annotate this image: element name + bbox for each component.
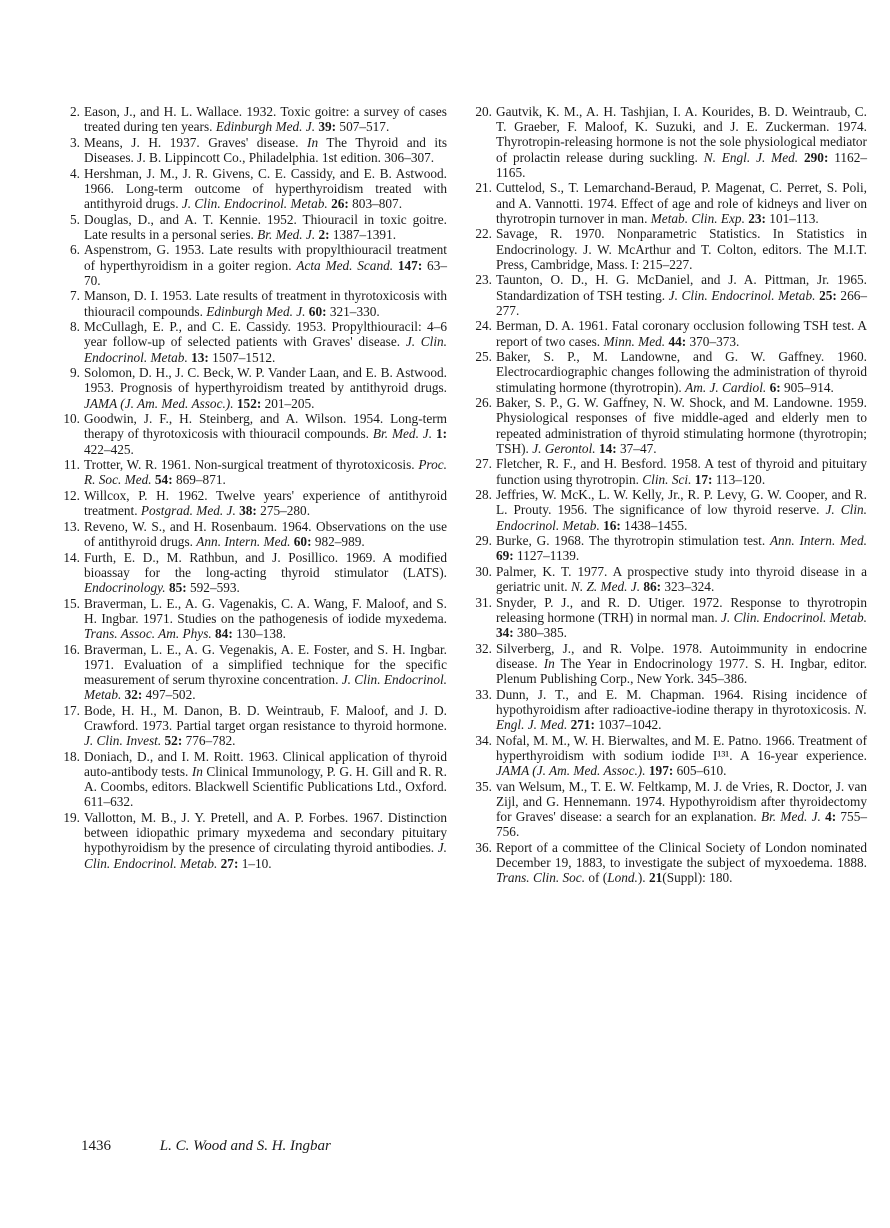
journal-title: Ann. Intern. Med.	[770, 533, 867, 548]
reference-text: 776–782.	[182, 733, 235, 748]
reference-text: Means, J. H. 1937. Graves' disease.	[84, 135, 307, 150]
reference-number: 35.	[474, 779, 492, 794]
reference-item: 36.Report of a committee of the Clinical…	[474, 840, 867, 886]
running-footer-authors: L. C. Wood and S. H. Ingbar	[160, 1138, 331, 1154]
reference-text: 1127–1139.	[514, 548, 580, 563]
journal-title: Br. Med. J.	[373, 426, 432, 441]
journal-title: In	[544, 656, 555, 671]
reference-number: 2.	[60, 104, 80, 119]
reference-text: 1507–1512.	[209, 350, 275, 365]
reference-text: Burke, G. 1968. The thyrotropin stimulat…	[496, 533, 770, 548]
reference-item: 21.Cuttelod, S., T. Lemarchand-Beraud, P…	[474, 180, 867, 226]
journal-title: Edinburgh Med. J.	[206, 304, 305, 319]
volume-number: 54:	[155, 472, 173, 487]
volume-number: 27:	[221, 856, 239, 871]
reference-number: 34.	[474, 733, 492, 748]
reference-number: 24.	[474, 318, 492, 333]
reference-number: 27.	[474, 456, 492, 471]
reference-text: Vallotton, M. B., J. Y. Pretell, and A. …	[84, 810, 447, 855]
reference-item: 28.Jeffries, W. McK., L. W. Kelly, Jr., …	[474, 487, 867, 533]
journal-title: In	[192, 764, 203, 779]
reference-item: 24.Berman, D. A. 1961. Fatal coronary oc…	[474, 318, 867, 348]
reference-text: Furth, E. D., M. Rathbun, and J. Posilli…	[84, 550, 447, 580]
volume-number: 6:	[770, 380, 781, 395]
journal-title: N. Z. Med. J.	[571, 579, 640, 594]
journal-title: J. Clin. Endocrinol. Metab.	[721, 610, 867, 625]
volume-number: 2:	[318, 227, 329, 242]
references-column-right: 20.Gautvik, K. M., A. H. Tashjian, I. A.…	[474, 104, 867, 886]
reference-text: 275–280.	[257, 503, 310, 518]
reference-item: 30.Palmer, K. T. 1977. A prospective stu…	[474, 564, 867, 594]
volume-number: 21	[649, 870, 662, 885]
reference-number: 13.	[60, 519, 80, 534]
journal-title: Trans. Assoc. Am. Phys.	[84, 626, 212, 641]
volume-number: 152:	[237, 396, 261, 411]
reference-number: 20.	[474, 104, 492, 119]
volume-number: 16:	[603, 518, 621, 533]
reference-text: 592–593.	[187, 580, 240, 595]
reference-number: 8.	[60, 319, 80, 334]
volume-number: 197:	[649, 763, 673, 778]
reference-number: 12.	[60, 488, 80, 503]
reference-number: 6.	[60, 242, 80, 257]
reference-item: 13.Reveno, W. S., and H. Rosenbaum. 1964…	[60, 519, 447, 549]
reference-item: 9.Solomon, D. H., J. C. Beck, W. P. Vand…	[60, 365, 447, 411]
journal-title: Minn. Med.	[603, 334, 665, 349]
volume-number: 17:	[695, 472, 713, 487]
journal-title: J. Clin. Invest.	[84, 733, 161, 748]
reference-number: 7.	[60, 288, 80, 303]
reference-number: 26.	[474, 395, 492, 410]
reference-number: 16.	[60, 642, 80, 657]
reference-number: 33.	[474, 687, 492, 702]
reference-item: 4.Hershman, J. M., J. R. Givens, C. E. C…	[60, 166, 447, 212]
reference-text: 101–113.	[766, 211, 819, 226]
reference-number: 30.	[474, 564, 492, 579]
volume-number: 14:	[599, 441, 617, 456]
reference-text: 1–10.	[238, 856, 271, 871]
journal-title: Postgrad. Med. J.	[141, 503, 236, 518]
reference-number: 4.	[60, 166, 80, 181]
reference-number: 19.	[60, 810, 80, 825]
reference-text: 605–610.	[673, 763, 726, 778]
reference-item: 32.Silverberg, J., and R. Volpe. 1978. A…	[474, 641, 867, 687]
reference-text: Dunn, J. T., and E. M. Chapman. 1964. Ri…	[496, 687, 867, 717]
reference-item: 25.Baker, S. P., M. Landowne, and G. W. …	[474, 349, 867, 395]
reference-text: ).	[638, 870, 646, 885]
volume-number: 69:	[496, 548, 514, 563]
reference-text: of (	[585, 870, 607, 885]
reference-number: 23.	[474, 272, 492, 287]
reference-number: 9.	[60, 365, 80, 380]
journal-title: Endocrinology.	[84, 580, 166, 595]
reference-item: 16.Braverman, L. E., A. G. Vegenakis, A.…	[60, 642, 447, 703]
reference-item: 14.Furth, E. D., M. Rathbun, and J. Posi…	[60, 550, 447, 596]
reference-number: 21.	[474, 180, 492, 195]
volume-number: 32:	[125, 687, 143, 702]
reference-item: 8.McCullagh, E. P., and C. E. Cassidy. 1…	[60, 319, 447, 365]
volume-number: 4:	[825, 809, 836, 824]
reference-item: 18.Doniach, D., and I. M. Roitt. 1963. C…	[60, 749, 447, 810]
volume-number: 85:	[169, 580, 187, 595]
volume-number: 290:	[804, 150, 828, 165]
reference-item: 22.Savage, R. 1970. Nonparametric Statis…	[474, 226, 867, 272]
reference-item: 20.Gautvik, K. M., A. H. Tashjian, I. A.…	[474, 104, 867, 180]
volume-number: 60:	[294, 534, 312, 549]
volume-number: 13:	[191, 350, 209, 365]
reference-text: Jeffries, W. McK., L. W. Kelly, Jr., R. …	[496, 487, 867, 517]
journal-title: Br. Med. J.	[761, 809, 821, 824]
page-footer: 1436 L. C. Wood and S. H. Ingbar	[81, 1138, 331, 1155]
reference-item: 27.Fletcher, R. F., and H. Besford. 1958…	[474, 456, 867, 486]
reference-text: 803–807.	[349, 196, 402, 211]
reference-text: Solomon, D. H., J. C. Beck, W. P. Vander…	[84, 365, 447, 395]
reference-text: Braverman, L. E., A. G. Vagenakis, C. A.…	[84, 596, 447, 626]
volume-number: 52:	[165, 733, 183, 748]
reference-text: 380–385.	[514, 625, 567, 640]
journal-title: J. Gerontol.	[532, 441, 595, 456]
reference-number: 3.	[60, 135, 80, 150]
volume-number: 1:	[436, 426, 447, 441]
reference-item: 5.Douglas, D., and A. T. Kennie. 1952. T…	[60, 212, 447, 242]
reference-item: 29.Burke, G. 1968. The thyrotropin stimu…	[474, 533, 867, 563]
journal-title: Am. J. Cardiol.	[685, 380, 766, 395]
journal-title: JAMA (J. Am. Med. Assoc.).	[496, 763, 646, 778]
reference-list-left: 2.Eason, J., and H. L. Wallace. 1932. To…	[60, 104, 447, 871]
reference-number: 17.	[60, 703, 80, 718]
reference-text: 113–120.	[712, 472, 765, 487]
volume-number: 147:	[398, 258, 422, 273]
reference-item: 10.Goodwin, J. F., H. Steinberg, and A. …	[60, 411, 447, 457]
reference-text: 1037–1042.	[595, 717, 661, 732]
reference-item: 15.Braverman, L. E., A. G. Vagenakis, C.…	[60, 596, 447, 642]
reference-text: 905–914.	[781, 380, 834, 395]
reference-text: McCullagh, E. P., and C. E. Cassidy. 195…	[84, 319, 447, 349]
journal-title: Trans. Clin. Soc.	[496, 870, 585, 885]
volume-number: 44:	[668, 334, 686, 349]
journal-title: In	[307, 135, 318, 150]
reference-item: 23.Taunton, O. D., H. G. McDaniel, and J…	[474, 272, 867, 318]
reference-number: 5.	[60, 212, 80, 227]
journal-title: Ann. Intern. Med.	[196, 534, 290, 549]
journal-title: J. Clin. Endocrinol. Metab.	[669, 288, 816, 303]
reference-text: Trotter, W. R. 1961. Non-surgical treatm…	[84, 457, 418, 472]
reference-item: 2.Eason, J., and H. L. Wallace. 1932. To…	[60, 104, 447, 134]
volume-number: 25:	[819, 288, 837, 303]
journal-title: N. Engl. J. Med.	[704, 150, 798, 165]
reference-text: (Suppl): 180.	[662, 870, 732, 885]
reference-text: 1438–1455.	[621, 518, 687, 533]
reference-number: 14.	[60, 550, 80, 565]
reference-item: 6.Aspenstrom, G. 1953. Late results with…	[60, 242, 447, 288]
reference-text: 37–47.	[617, 441, 657, 456]
volume-number: 86:	[643, 579, 661, 594]
reference-number: 15.	[60, 596, 80, 611]
reference-text: 1387–1391.	[330, 227, 396, 242]
journal-title: Br. Med. J.	[257, 227, 315, 242]
reference-text: 507–517.	[336, 119, 389, 134]
volume-number: 38:	[239, 503, 257, 518]
volume-number: 39:	[318, 119, 336, 134]
reference-text: Savage, R. 1970. Nonparametric Statistic…	[496, 226, 867, 271]
page-number: 1436	[81, 1138, 156, 1155]
references-column-left: 2.Eason, J., and H. L. Wallace. 1932. To…	[60, 104, 447, 871]
reference-text: Bode, H. H., M. Danon, B. D. Weintraub, …	[84, 703, 447, 733]
reference-text: 982–989.	[312, 534, 365, 549]
volume-number: 23:	[748, 211, 766, 226]
journal-title: J. Clin. Endocrinol. Metab.	[182, 196, 328, 211]
reference-number: 31.	[474, 595, 492, 610]
reference-number: 29.	[474, 533, 492, 548]
reference-text: 497–502.	[142, 687, 195, 702]
reference-number: 25.	[474, 349, 492, 364]
journal-title: Acta Med. Scand.	[296, 258, 393, 273]
volume-number: 34:	[496, 625, 514, 640]
reference-item: 11.Trotter, W. R. 1961. Non-surgical tre…	[60, 457, 447, 487]
reference-text: Nofal, M. M., W. H. Bierwaltes, and M. E…	[496, 733, 867, 763]
volume-number: 26:	[331, 196, 349, 211]
reference-item: 26.Baker, S. P., G. W. Gaffney, N. W. Sh…	[474, 395, 867, 456]
reference-number: 32.	[474, 641, 492, 656]
reference-number: 28.	[474, 487, 492, 502]
reference-item: 31.Snyder, P. J., and R. D. Utiger. 1972…	[474, 595, 867, 641]
journal-title: Clin. Sci.	[642, 472, 691, 487]
volume-number: 271:	[571, 717, 595, 732]
reference-list-right: 20.Gautvik, K. M., A. H. Tashjian, I. A.…	[474, 104, 867, 886]
reference-item: 12.Willcox, P. H. 1962. Twelve years' ex…	[60, 488, 447, 518]
volume-number: 60:	[309, 304, 327, 319]
reference-item: 35.van Welsum, M., T. E. W. Feltkamp, M.…	[474, 779, 867, 840]
reference-item: 3.Means, J. H. 1937. Graves' disease. In…	[60, 135, 447, 165]
reference-text: 422–425.	[84, 442, 134, 457]
reference-text: 201–205.	[261, 396, 314, 411]
reference-text: 869–871.	[173, 472, 226, 487]
reference-number: 36.	[474, 840, 492, 855]
reference-item: 17.Bode, H. H., M. Danon, B. D. Weintrau…	[60, 703, 447, 749]
reference-text: 323–324.	[661, 579, 714, 594]
reference-number: 10.	[60, 411, 80, 426]
journal-title: Lond.	[607, 870, 638, 885]
journal-title: Metab. Clin. Exp.	[651, 211, 745, 226]
reference-item: 34.Nofal, M. M., W. H. Bierwaltes, and M…	[474, 733, 867, 779]
reference-item: 7.Manson, D. I. 1953. Late results of tr…	[60, 288, 447, 318]
reference-item: 19.Vallotton, M. B., J. Y. Pretell, and …	[60, 810, 447, 871]
reference-number: 22.	[474, 226, 492, 241]
volume-number: 84:	[215, 626, 233, 641]
reference-number: 18.	[60, 749, 80, 764]
reference-text: 130–138.	[233, 626, 286, 641]
journal-title: Edinburgh Med. J.	[216, 119, 315, 134]
reference-item: 33.Dunn, J. T., and E. M. Chapman. 1964.…	[474, 687, 867, 733]
reference-text: 321–330.	[327, 304, 380, 319]
reference-number: 11.	[60, 457, 80, 472]
reference-text: 370–373.	[686, 334, 739, 349]
journal-title: JAMA (J. Am. Med. Assoc.).	[84, 396, 234, 411]
reference-text: Report of a committee of the Clinical So…	[496, 840, 867, 870]
